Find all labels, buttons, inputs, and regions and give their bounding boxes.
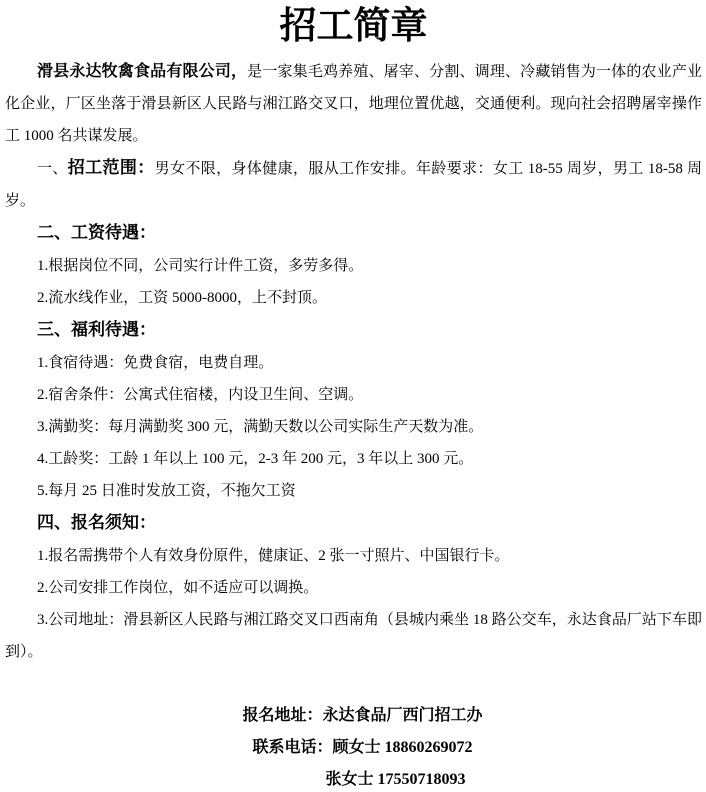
list-item: 3.公司地址：滑县新区人民路与湘江路交叉口西南角（县城内乘坐 18 路公交车，永… — [5, 604, 702, 668]
section-4-heading-line: 四、报名须知： — [5, 507, 702, 540]
contact-phone-line: 联系电话：顾女士 18860269072 — [23, 732, 702, 764]
list-item: 2.公司安排工作岗位，如不适应可以调换。 — [5, 572, 702, 604]
section-1-number: 一、 — [37, 161, 68, 177]
section-2-number: 二、 — [37, 223, 71, 242]
signup-address-line: 报名地址：永达食品厂西门招工办 — [23, 700, 702, 732]
section-3-number: 三、 — [37, 320, 71, 339]
section-2-heading-line: 二、工资待遇： — [5, 217, 702, 250]
list-item: 5.每月 25 日准时发放工资，不拖欠工资 — [5, 475, 702, 507]
list-item: 2.宿舍条件：公寓式住宿楼，内设卫生间、空调。 — [5, 379, 702, 411]
section-4-heading: 报名须知： — [71, 513, 156, 532]
document-title: 招工简章 — [5, 2, 702, 52]
intro-paragraph: 滑县永达牧禽食品有限公司，是一家集毛鸡养殖、屠宰、分割、调理、冷藏销售为一体的农… — [5, 56, 702, 152]
list-item: 1.报名需携带个人有效身份原件，健康证、2 张一寸照片、中国银行卡。 — [5, 540, 702, 572]
company-name: 滑县永达牧禽食品有限公司， — [37, 63, 247, 80]
section-1-heading: 招工范围： — [68, 158, 155, 177]
section-3-heading-line: 三、福利待遇： — [5, 314, 702, 347]
section-4-number: 四、 — [37, 513, 71, 532]
section-3-heading: 福利待遇： — [71, 320, 156, 339]
list-item: 2.流水线作业，工资 5000-8000，上不封顶。 — [5, 282, 702, 314]
section-2-heading: 工资待遇： — [71, 223, 156, 242]
list-item: 3.满勤奖：每月满勤奖 300 元，满勤天数以公司实际生产天数为准。 — [5, 411, 702, 443]
list-item: 1.食宿待遇：免费食宿，电费自理。 — [5, 347, 702, 379]
document-page: 招工简章 滑县永达牧禽食品有限公司，是一家集毛鸡养殖、屠宰、分割、调理、冷藏销售… — [0, 0, 706, 792]
list-item: 4.工龄奖：工龄 1 年以上 100 元，2-3 年 200 元，3 年以上 3… — [5, 443, 702, 475]
list-item: 1.根据岗位不同，公司实行计件工资，多劳多得。 — [5, 250, 702, 282]
footer-contact-block: 报名地址：永达食品厂西门招工办 联系电话：顾女士 18860269072 张女士… — [5, 700, 702, 792]
section-1-heading-line: 一、招工范围：男女不限，身体健康，服从工作安排。年龄要求：女工 18-55 周岁… — [5, 152, 702, 217]
contact-phone-line-2: 张女士 17550718093 — [23, 764, 702, 792]
